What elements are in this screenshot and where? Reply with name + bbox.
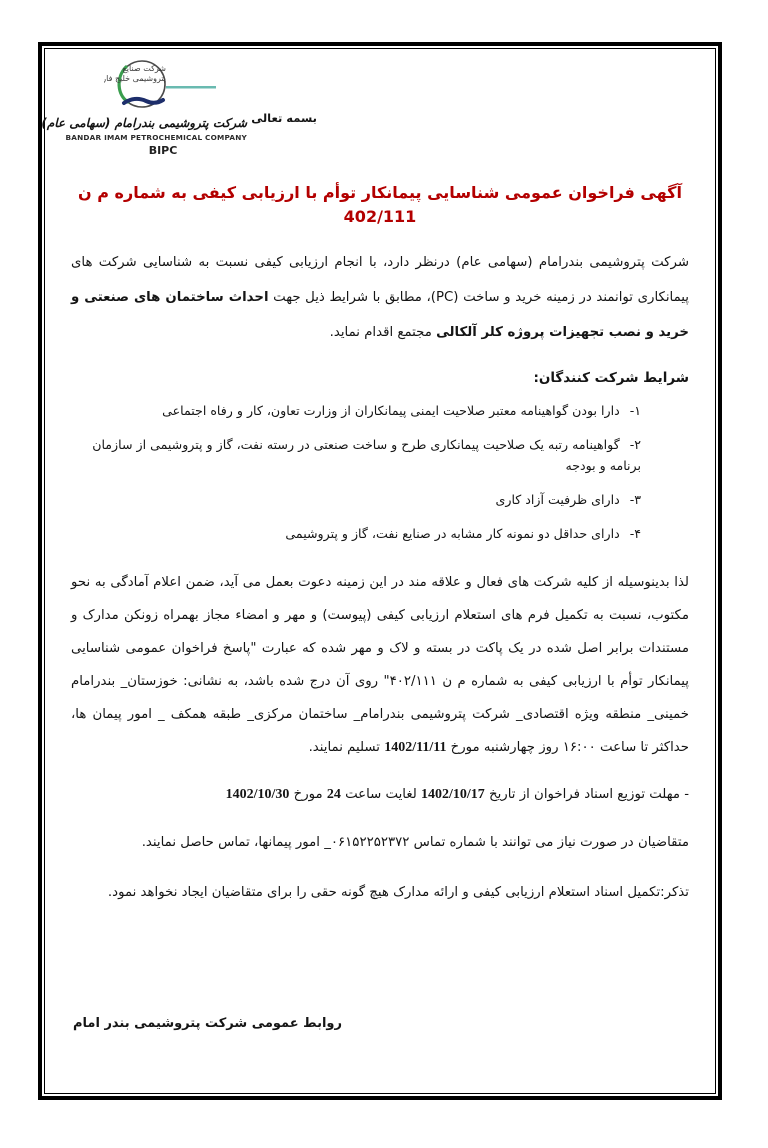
inner-frame: شرکت صنایع پتروشیمی خلیج فارس شرکت پتروش…	[44, 48, 716, 1094]
condition-number: ۲-	[630, 434, 641, 455]
condition-number: ۱-	[630, 400, 641, 421]
distribution-hour: 24	[327, 787, 341, 802]
conditions-list: ۱-دارا بودن گواهینامه معتبر صلاحیت ایمنی…	[71, 400, 641, 544]
condition-number: ۳-	[630, 489, 641, 510]
deadline-text: - مهلت توزیع اسناد فراخوان از تاریخ	[485, 787, 689, 802]
condition-item: ۳-دارای ظرفیت آزاد کاری	[71, 489, 641, 510]
notice-title: آگهی فراخوان عمومی شناسایی پیمانکار توأم…	[71, 181, 689, 229]
condition-item: ۴-دارای حداقل دو نمونه کار مشابه در صنای…	[71, 523, 641, 544]
condition-text: دارای ظرفیت آزاد کاری	[496, 492, 620, 507]
pgpic-emblem-icon: شرکت صنایع پتروشیمی خلیج فارس	[104, 57, 222, 115]
page-frame: شرکت صنایع پتروشیمی خلیج فارس شرکت پتروش…	[38, 42, 722, 1100]
condition-text: گواهینامه رتبه یک صلاحیت پیمانکاری طرح و…	[92, 437, 641, 473]
distribution-end-date: 1402/10/30	[226, 787, 290, 802]
contact-line: متقاضیان در صورت نیاز می توانند با شماره…	[71, 832, 689, 853]
submission-paragraph: لذا بدینوسیله از کلیه شرکت های فعال و عل…	[71, 566, 689, 764]
footer-signature: روابط عمومی شرکت پتروشیمی بندر امام	[73, 1016, 342, 1031]
svg-text:پتروشیمی خلیج فارس: پتروشیمی خلیج فارس	[104, 74, 166, 83]
company-name-fa: شرکت پتروشیمی بندرامام (سهامی عام)	[79, 116, 247, 130]
company-abbr: BIPC	[79, 144, 247, 157]
intro-closing: مجتمع اقدام نماید.	[330, 325, 436, 340]
condition-text: دارا بودن گواهینامه معتبر صلاحیت ایمنی پ…	[162, 403, 620, 418]
submission-deadline-date: 1402/11/11	[384, 740, 446, 755]
condition-text: دارای حداقل دو نمونه کار مشابه در صنایع …	[285, 526, 619, 541]
condition-number: ۴-	[630, 523, 641, 544]
condition-item: ۱-دارا بودن گواهینامه معتبر صلاحیت ایمنی…	[71, 400, 641, 421]
deadline-line: - مهلت توزیع اسناد فراخوان از تاریخ 1402…	[71, 784, 689, 805]
condition-item: ۲-گواهینامه رتبه یک صلاحیت پیمانکاری طرح…	[71, 434, 641, 476]
document-header: شرکت صنایع پتروشیمی خلیج فارس شرکت پتروش…	[71, 55, 689, 171]
distribution-start-date: 1402/10/17	[421, 787, 485, 802]
submission-text: لذا بدینوسیله از کلیه شرکت های فعال و عل…	[71, 575, 689, 755]
company-logo: شرکت صنایع پتروشیمی خلیج فارس شرکت پتروش…	[79, 57, 247, 157]
conditions-heading: شرایط شرکت کنندگان:	[71, 370, 689, 386]
note-line: تذکر:تکمیل اسناد استعلام ارزیابی کیفی و …	[71, 882, 689, 903]
bismillah: بسمه تعالی	[251, 111, 317, 125]
deadline-mid2-text: مورخ	[289, 787, 326, 802]
deadline-mid-text: لغایت ساعت	[341, 787, 421, 802]
document-body: شرکت صنایع پتروشیمی خلیج فارس شرکت پتروش…	[45, 49, 715, 1093]
holding-calligraphy-text: شرکت صنایع	[123, 64, 167, 73]
intro-paragraph: شرکت پتروشیمی بندرامام (سهامی عام) درنظر…	[71, 245, 689, 350]
submission-closing: تسلیم نمایند.	[309, 740, 385, 755]
company-name-en: BANDAR IMAM PETROCHEMICAL COMPANY	[79, 133, 247, 142]
